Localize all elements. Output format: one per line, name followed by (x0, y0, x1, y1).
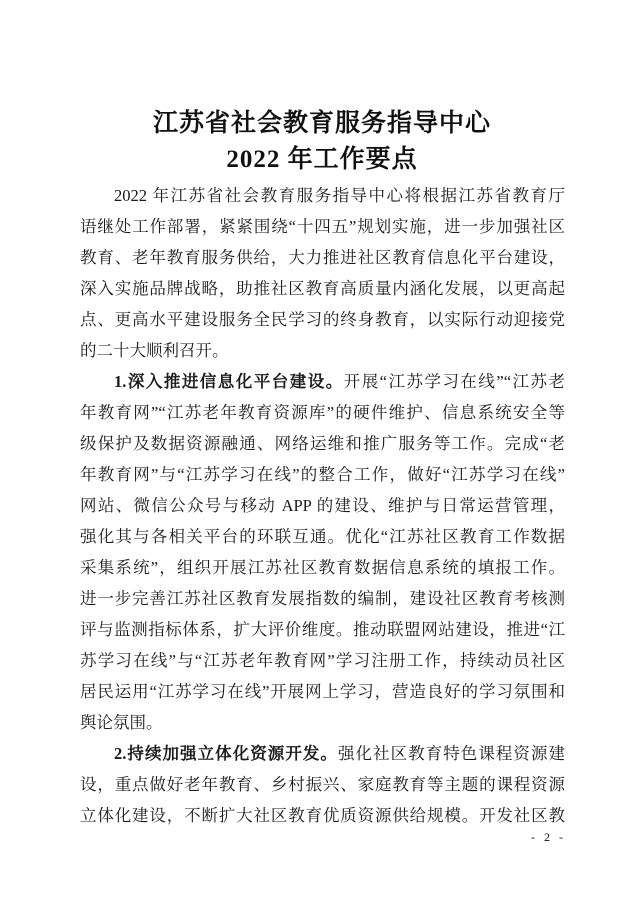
text-line: 2022 年江苏省社会教育服务指导中心将根据江苏省教育厅 (80, 180, 565, 211)
text-line: 评与监测指标体系，扩大评价维度。推动联盟网站建设，推进“江 (80, 614, 565, 645)
text-segment: 2022 年江苏省社会教育服务指导中心将根据江苏省教育厅 (114, 186, 565, 205)
text-line: 语继处工作部署，紧紧围绕“十四五”规划实施，进一步加强社区 (80, 211, 565, 242)
text-line: 立体化建设，不断扩大社区教育优质资源供给规模。开发社区教 (80, 800, 565, 831)
bold-text-segment: 1.深入推进信息化平台建设。 (114, 372, 344, 391)
text-line: 深入实施品牌战略，助推社区教育高质量内涵化发展，以更高起 (80, 273, 565, 304)
text-line: 网站、微信公众号与移动 APP 的建设、维护与日常运营管理， (80, 490, 565, 521)
text-line: 强化其与各相关平台的环联互通。优化“江苏社区教育工作数据 (80, 521, 565, 552)
text-line: 年教育网”与“江苏学习在线”的整合工作，做好“江苏学习在线” (80, 459, 565, 490)
text-line: 设，重点做好老年教育、乡村振兴、家庭教育等主题的课程资源 (80, 769, 565, 800)
text-segment: 年教育网”与“江苏学习在线”的整合工作，做好“江苏学习在线” (80, 465, 565, 484)
text-segment: 强化社区教育特色课程资源建 (338, 744, 565, 763)
text-segment: 舆论氛围。 (80, 713, 163, 732)
text-line: 舆论氛围。 (80, 707, 565, 738)
text-line: 进一步完善江苏社区教育发展指数的编制，建设社区教育考核测 (80, 583, 565, 614)
text-line: 居民运用“江苏学习在线”开展网上学习，营造良好的学习氛围和 (80, 676, 565, 707)
text-segment: 居民运用“江苏学习在线”开展网上学习，营造良好的学习氛围和 (80, 682, 565, 701)
text-line: 1.深入推进信息化平台建设。开展“江苏学习在线”“江苏老 (80, 366, 565, 397)
document-body: 2022 年江苏省社会教育服务指导中心将根据江苏省教育厅语继处工作部署，紧紧围绕… (80, 180, 565, 831)
text-segment: 年教育网”“江苏老年教育资源库”的硬件维护、信息系统安全等 (80, 403, 565, 422)
text-line: 教育、老年教育服务供给，大力推进社区教育信息化平台建设， (80, 242, 565, 273)
document-title: 江苏省社会教育服务指导中心 2022 年工作要点 (0, 106, 644, 178)
text-segment: 教育、老年教育服务供给，大力推进社区教育信息化平台建设， (80, 248, 565, 267)
text-segment: 的二十大顺利召开。 (80, 341, 229, 360)
document-title-line-1: 江苏省社会教育服务指导中心 (0, 106, 644, 142)
text-segment: 评与监测指标体系，扩大评价维度。推动联盟网站建设，推进“江 (80, 620, 565, 639)
text-segment: 苏学习在线”与“江苏老年教育网”学习注册工作，持续动员社区 (80, 651, 565, 670)
text-segment: 语继处工作部署，紧紧围绕“十四五”规划实施，进一步加强社区 (80, 217, 565, 236)
text-segment: 深入实施品牌战略，助推社区教育高质量内涵化发展，以更高起 (80, 279, 565, 298)
document-title-line-2: 2022 年工作要点 (0, 142, 644, 178)
text-line: 2.持续加强立体化资源开发。强化社区教育特色课程资源建 (80, 738, 565, 769)
text-segment: 采集系统”，组织开展江苏社区教育数据信息系统的填报工作。 (80, 558, 565, 577)
text-segment: 立体化建设，不断扩大社区教育优质资源供给规模。开发社区教 (80, 806, 565, 825)
bold-text-segment: 2.持续加强立体化资源开发。 (114, 744, 338, 763)
text-line: 苏学习在线”与“江苏老年教育网”学习注册工作，持续动员社区 (80, 645, 565, 676)
text-segment: 级保护及数据资源融通、网络运维和推广服务等工作。完成“老 (80, 434, 565, 453)
text-segment: 点、更高水平建设服务全民学习的终身教育，以实际行动迎接党 (80, 310, 565, 329)
text-line: 的二十大顺利召开。 (80, 335, 565, 366)
text-segment: 强化其与各相关平台的环联互通。优化“江苏社区教育工作数据 (80, 527, 565, 546)
page-number: - 2 - (80, 830, 566, 845)
text-line: 级保护及数据资源融通、网络运维和推广服务等工作。完成“老 (80, 428, 565, 459)
text-line: 采集系统”，组织开展江苏社区教育数据信息系统的填报工作。 (80, 552, 565, 583)
text-line: 点、更高水平建设服务全民学习的终身教育，以实际行动迎接党 (80, 304, 565, 335)
text-line: 年教育网”“江苏老年教育资源库”的硬件维护、信息系统安全等 (80, 397, 565, 428)
document-page: 江苏省社会教育服务指导中心 2022 年工作要点 2022 年江苏省社会教育服务… (0, 0, 644, 910)
text-segment: 网站、微信公众号与移动 APP 的建设、维护与日常运营管理， (80, 496, 565, 515)
text-segment: 开展“江苏学习在线”“江苏老 (344, 372, 565, 391)
text-segment: 进一步完善江苏社区教育发展指数的编制，建设社区教育考核测 (80, 589, 565, 608)
text-segment: 设，重点做好老年教育、乡村振兴、家庭教育等主题的课程资源 (80, 775, 565, 794)
